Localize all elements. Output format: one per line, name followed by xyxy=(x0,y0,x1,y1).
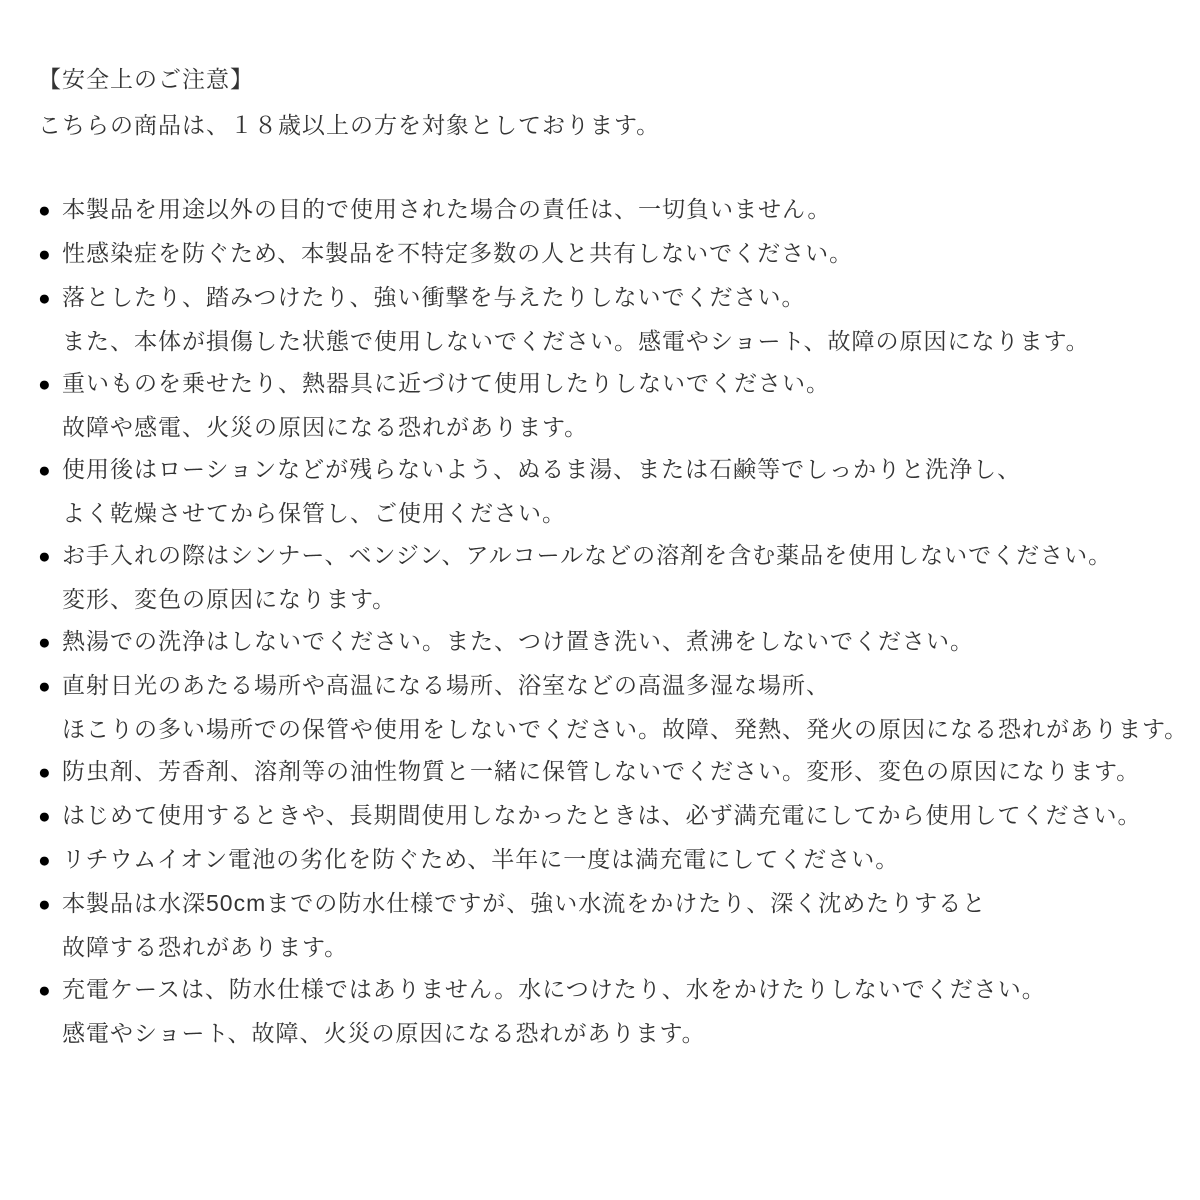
bullet-icon: ● xyxy=(38,450,62,492)
notice-text: 使用後はローションなどが残らないよう、ぬるま湯、または石鹸等でしっかりと洗浄し、 xyxy=(62,448,1021,490)
notice-line: ●直射日光のあたる場所や高温になる場所、浴室などの高温多湿な場所、 xyxy=(38,664,1170,708)
notice-text: 故障や感電、火災の原因になる恐れがあります。 xyxy=(62,406,588,448)
notice-text: 落としたり、踏みつけたり、強い衝撃を与えたりしないでください。 xyxy=(62,276,806,318)
bullet-icon: ● xyxy=(38,364,62,406)
notice-item: ●使用後はローションなどが残らないよう、ぬるま湯、または石鹸等でしっかりと洗浄し… xyxy=(38,448,1170,534)
notice-text: 本製品は水深50cmまでの防水仕様ですが、強い水流をかけたり、深く沈めたりすると xyxy=(62,882,986,924)
notice-text: はじめて使用するときや、長期間使用しなかったときは、必ず満充電にしてから使用して… xyxy=(62,794,1142,836)
bullet-icon: ● xyxy=(38,666,62,708)
notice-item: ●リチウムイオン電池の劣化を防ぐため、半年に一度は満充電にしてください。 xyxy=(38,838,1170,882)
notice-item: ●はじめて使用するときや、長期間使用しなかったときは、必ず満充電にしてから使用し… xyxy=(38,794,1170,838)
notice-continuation-line: よく乾燥させてから保管し、ご使用ください。 xyxy=(38,492,1170,534)
notice-item: ●本製品を用途以外の目的で使用された場合の責任は、一切負いません。 xyxy=(38,188,1170,232)
notice-text: よく乾燥させてから保管し、ご使用ください。 xyxy=(62,492,566,534)
bullet-icon: ● xyxy=(38,622,62,664)
notice-line: ●落としたり、踏みつけたり、強い衝撃を与えたりしないでください。 xyxy=(38,276,1170,320)
notice-text: 充電ケースは、防水仕様ではありません。水につけたり、水をかけたりしないでください… xyxy=(62,968,1046,1010)
notice-item: ●重いものを乗せたり、熱器具に近づけて使用したりしないでください。故障や感電、火… xyxy=(38,362,1170,448)
notice-continuation-line: 故障する恐れがあります。 xyxy=(38,926,1170,968)
notice-continuation-line: 変形、変色の原因になります。 xyxy=(38,578,1170,620)
notice-text: リチウムイオン電池の劣化を防ぐため、半年に一度は満充電にしてください。 xyxy=(62,838,899,880)
notice-list: ●本製品を用途以外の目的で使用された場合の責任は、一切負いません。●性感染症を防… xyxy=(38,188,1170,1054)
bullet-icon: ● xyxy=(38,234,62,276)
notice-line: ●リチウムイオン電池の劣化を防ぐため、半年に一度は満充電にしてください。 xyxy=(38,838,1170,882)
page-title: 【安全上のご注意】 xyxy=(38,58,1170,100)
notice-line: ●防虫剤、芳香剤、溶剤等の油性物質と一緒に保管しないでください。変形、変色の原因… xyxy=(38,750,1170,794)
notice-text: 本製品を用途以外の目的で使用された場合の責任は、一切負いません。 xyxy=(62,188,831,230)
notice-line: ●はじめて使用するときや、長期間使用しなかったときは、必ず満充電にしてから使用し… xyxy=(38,794,1170,838)
bullet-icon: ● xyxy=(38,190,62,232)
bullet-icon: ● xyxy=(38,796,62,838)
intro-text: こちらの商品は、１８歳以上の方を対象としております。 xyxy=(38,104,1170,146)
notice-continuation-line: また、本体が損傷した状態で使用しないでください。感電やショート、故障の原因になり… xyxy=(38,320,1170,362)
notice-text: 防虫剤、芳香剤、溶剤等の油性物質と一緒に保管しないでください。変形、変色の原因に… xyxy=(62,750,1140,792)
notice-line: ●熱湯での洗浄はしないでください。また、つけ置き洗い、煮沸をしないでください。 xyxy=(38,620,1170,664)
notice-item: ●直射日光のあたる場所や高温になる場所、浴室などの高温多湿な場所、ほこりの多い場… xyxy=(38,664,1170,750)
notice-text: 重いものを乗せたり、熱器具に近づけて使用したりしないでください。 xyxy=(62,362,830,404)
notice-item: ●落としたり、踏みつけたり、強い衝撃を与えたりしないでください。また、本体が損傷… xyxy=(38,276,1170,362)
notice-line: ●お手入れの際はシンナー、ベンジン、アルコールなどの溶剤を含む薬品を使用しないで… xyxy=(38,534,1170,578)
notice-item: ●熱湯での洗浄はしないでください。また、つけ置き洗い、煮沸をしないでください。 xyxy=(38,620,1170,664)
bullet-icon: ● xyxy=(38,278,62,320)
notice-text: お手入れの際はシンナー、ベンジン、アルコールなどの溶剤を含む薬品を使用しないでく… xyxy=(62,534,1112,576)
notice-line: ●充電ケースは、防水仕様ではありません。水につけたり、水をかけたりしないでくださ… xyxy=(38,968,1170,1012)
bullet-icon: ● xyxy=(38,884,62,926)
notice-line: ●性感染症を防ぐため、本製品を不特定多数の人と共有しないでください。 xyxy=(38,232,1170,276)
notice-continuation-line: ほこりの多い場所での保管や使用をしないでください。故障、発熱、発火の原因になる恐… xyxy=(38,708,1170,750)
notice-item: ●本製品は水深50cmまでの防水仕様ですが、強い水流をかけたり、深く沈めたりする… xyxy=(38,882,1170,968)
notice-line: ●本製品を用途以外の目的で使用された場合の責任は、一切負いません。 xyxy=(38,188,1170,232)
notice-continuation-line: 感電やショート、故障、火災の原因になる恐れがあります。 xyxy=(38,1012,1170,1054)
notice-continuation-line: 故障や感電、火災の原因になる恐れがあります。 xyxy=(38,406,1170,448)
notice-item: ●お手入れの際はシンナー、ベンジン、アルコールなどの溶剤を含む薬品を使用しないで… xyxy=(38,534,1170,620)
notice-line: ●本製品は水深50cmまでの防水仕様ですが、強い水流をかけたり、深く沈めたりする… xyxy=(38,882,1170,926)
notice-text: また、本体が損傷した状態で使用しないでください。感電やショート、故障の原因になり… xyxy=(62,320,1090,362)
bullet-icon: ● xyxy=(38,970,62,1012)
notice-item: ●性感染症を防ぐため、本製品を不特定多数の人と共有しないでください。 xyxy=(38,232,1170,276)
bullet-icon: ● xyxy=(38,752,62,794)
bullet-icon: ● xyxy=(38,840,62,882)
notice-text: 故障する恐れがあります。 xyxy=(62,926,348,968)
notice-item: ●充電ケースは、防水仕様ではありません。水につけたり、水をかけたりしないでくださ… xyxy=(38,968,1170,1054)
notice-text: 変形、変色の原因になります。 xyxy=(62,578,396,620)
notice-text: 熱湯での洗浄はしないでください。また、つけ置き洗い、煮沸をしないでください。 xyxy=(62,620,974,662)
safety-notice-document: 【安全上のご注意】 こちらの商品は、１８歳以上の方を対象としております。 ●本製… xyxy=(0,0,1200,1054)
bullet-icon: ● xyxy=(38,536,62,578)
notice-item: ●防虫剤、芳香剤、溶剤等の油性物質と一緒に保管しないでください。変形、変色の原因… xyxy=(38,750,1170,794)
notice-line: ●使用後はローションなどが残らないよう、ぬるま湯、または石鹸等でしっかりと洗浄し… xyxy=(38,448,1170,492)
notice-text: ほこりの多い場所での保管や使用をしないでください。故障、発熱、発火の原因になる恐… xyxy=(62,708,1188,750)
notice-line: ●重いものを乗せたり、熱器具に近づけて使用したりしないでください。 xyxy=(38,362,1170,406)
notice-text: 直射日光のあたる場所や高温になる場所、浴室などの高温多湿な場所、 xyxy=(62,664,830,706)
notice-text: 性感染症を防ぐため、本製品を不特定多数の人と共有しないでください。 xyxy=(62,232,853,274)
notice-text: 感電やショート、故障、火災の原因になる恐れがあります。 xyxy=(62,1012,706,1054)
